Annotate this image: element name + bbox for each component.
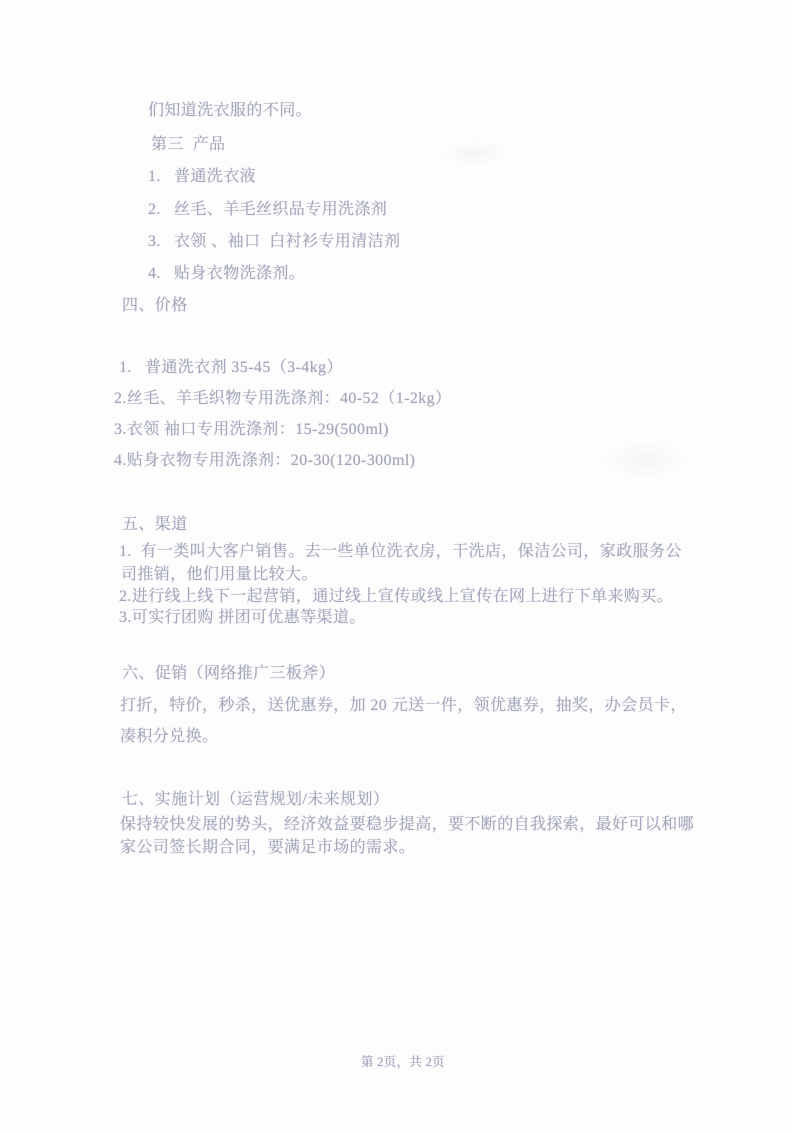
section-heading-product: 第三 产品 — [151, 135, 225, 155]
promotion-text-line: 打折，特价，秒杀，送优惠券，加 20 元送一件，领优惠券，抽奖，办会员卡， — [120, 696, 687, 716]
product-item: 2. 丝毛、羊毛丝织品专用洗涤剂 — [148, 200, 387, 220]
scan-smudge — [440, 140, 510, 166]
scan-smudge — [600, 440, 690, 480]
section-heading-plan: 七、实施计划（运营规划/未来规划） — [122, 790, 389, 810]
page-number-indicator: 第 2页，共 2页 — [0, 1052, 792, 1070]
section-heading-channel: 五、渠道 — [122, 515, 188, 535]
channel-text-line: 2.进行线上线下一起营销，通过线上宣传或线上宣传在网上进行下单来购买。 — [119, 587, 673, 607]
channel-text-line: 3.可实行团购 拼团可优惠等渠道。 — [119, 608, 366, 628]
channel-text-line: 1. 有一类叫大客户销售。去一些单位洗衣房，干洗店，保洁公司，家政服务公 — [119, 542, 682, 562]
intro-continuation-line: 们知道洗衣服的不同。 — [148, 101, 312, 121]
product-item: 1. 普通洗衣液 — [148, 167, 256, 187]
document-page: 们知道洗衣服的不同。 第三 产品 1. 普通洗衣液 2. 丝毛、羊毛丝织品专用洗… — [0, 0, 792, 1132]
section-heading-promotion: 六、促销（网络推广三板斧） — [122, 664, 335, 684]
price-item: 4.贴身衣物专用洗涤剂：20-30(120-300ml) — [114, 451, 415, 471]
price-item: 3.衣领 袖口专用洗涤剂：15-29(500ml) — [114, 420, 389, 440]
promotion-text-line: 凑积分兑换。 — [120, 727, 218, 747]
product-item: 4. 贴身衣物洗涤剂。 — [148, 264, 305, 284]
plan-text-line: 家公司签长期合同，要满足市场的需求。 — [120, 838, 415, 858]
plan-text-line: 保持较快发展的势头，经济效益要稳步提高，要不断的自我探索，最好可以和哪 — [120, 815, 694, 835]
price-item: 2.丝毛、羊毛织物专用洗涤剂：40-52（1-2kg） — [114, 389, 451, 409]
section-heading-price: 四、价格 — [122, 296, 188, 316]
product-item: 3. 衣领 、袖口 白衬衫专用清洁剂 — [148, 232, 400, 252]
price-item: 1. 普通洗衣剂 35-45（3-4kg） — [119, 358, 343, 378]
channel-text-line: 司推销，他们用量比较大。 — [121, 565, 318, 585]
